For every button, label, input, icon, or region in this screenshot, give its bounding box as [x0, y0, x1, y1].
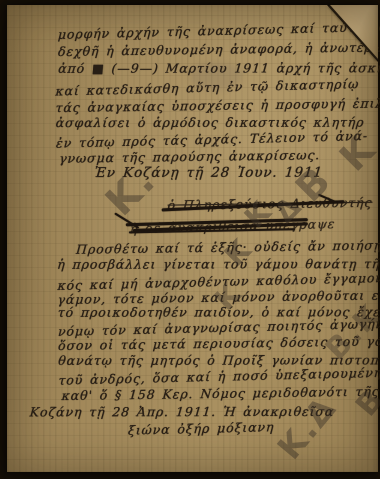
date-line: Ἐν Κοζάνῃ τῇ 28 Ἰουν. 1911: [94, 166, 324, 181]
manuscript-scan: μορφήν ἀρχήν τῆς ἀνακρίσεως καί ταύτης ἀ…: [0, 0, 380, 479]
handwritten-line: ἀσφαλίσει ὁ ἁρμόδιος δικαστικός κλητήρ: [55, 115, 365, 131]
handwriting-layer: μορφήν ἀρχήν τῆς ἀνακρίσεως καί ταύτης ἀ…: [0, 0, 380, 479]
signature-line: ξιώνα ὀξήρ μόξιανη: [128, 419, 275, 438]
handwritten-line: γνωσμα τῆς παρούσης ἀνακρίσεως.: [59, 147, 321, 166]
handwritten-line: μορφήν ἀρχήν τῆς ἀνακρίσεως καί ταύτης ἀ…: [57, 18, 380, 42]
handwritten-line: καί κατεδικάσθη αὕτη ἐν τῷ δικαστηρίῳ: [55, 76, 360, 98]
handwritten-line: δεχθῆ ἡ ἀπευθυνομένη ἀναφορά, ἡ ἀνωτέρω …: [57, 39, 380, 59]
handwritten-line: τάς ἀναγκαίας ὑποσχέσεις ἡ προσφυγή ἐπιλ…: [55, 95, 380, 115]
handwritten-line: ἐν τόπῳ πρός τάς ἀρχάς. Τέλειον τό ἀνά-: [56, 128, 369, 151]
handwritten-line: ἡ προσβάλλει γίνεται τοῦ γάμου θανάτῃ τῆ…: [57, 256, 380, 272]
handwritten-line: ἀπό ■ (—9—) Μαρτίου 1911 ἀρχή τῆς ἀσκήσε…: [58, 60, 380, 76]
closing-line: Κοζάνη τῇ 28 Ἀπρ. 1911. Ἡ ἀνακριθεῖσα: [29, 404, 335, 420]
handwritten-line: Προσθέτω καί τά ἑξῆς· οὐδείς ἄν ποιήσῃ: [76, 237, 380, 256]
